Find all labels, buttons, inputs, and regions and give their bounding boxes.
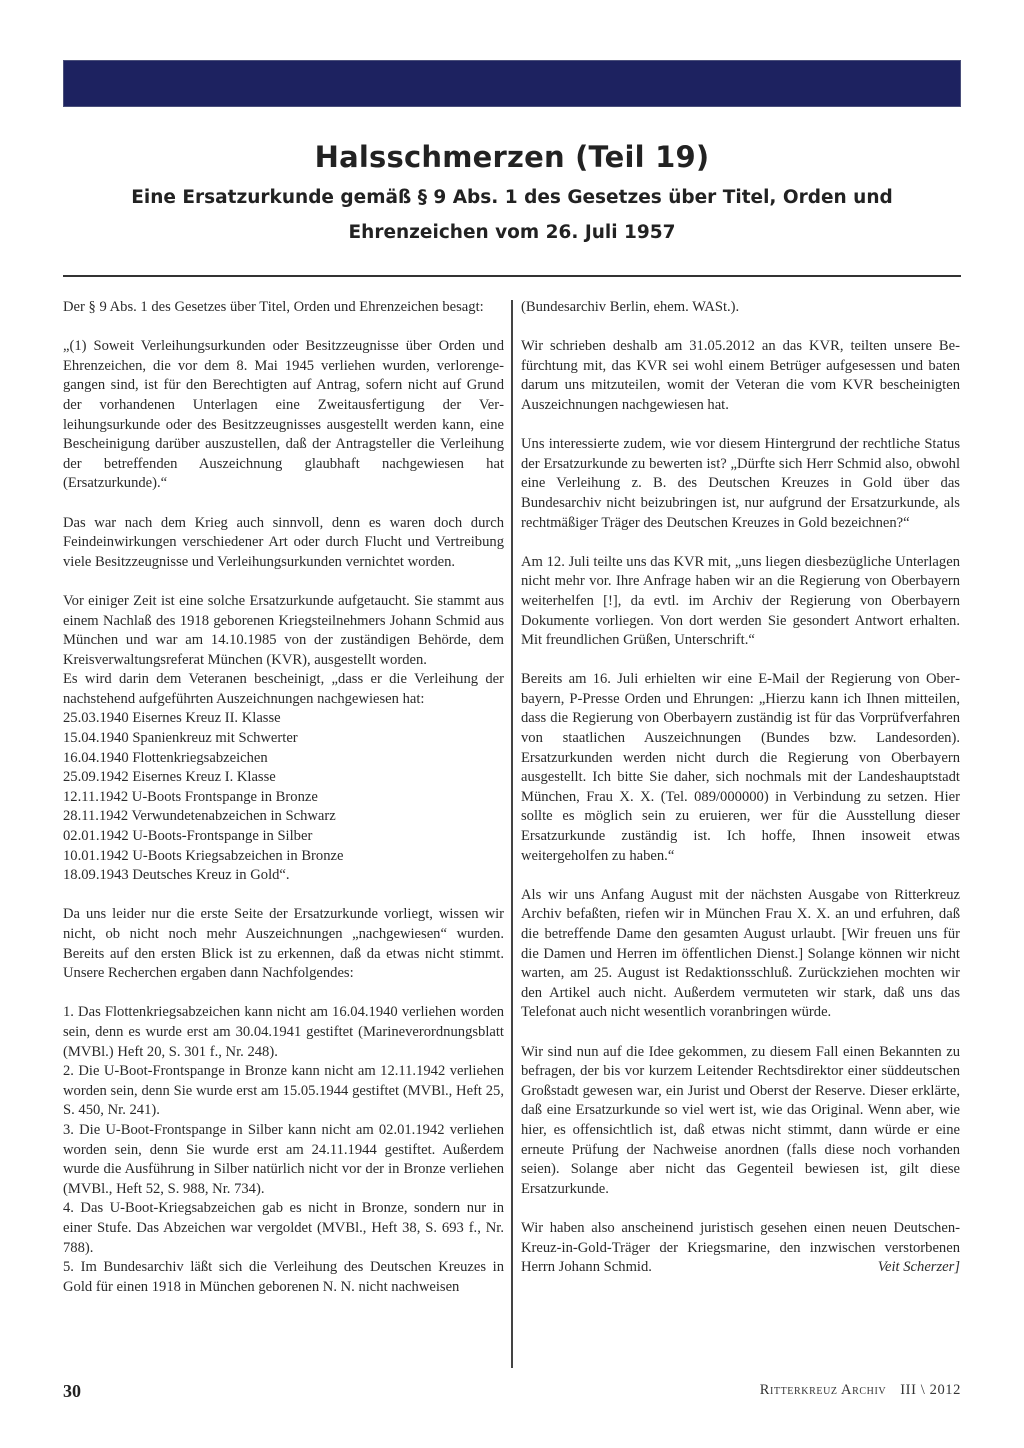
- left-column: Der § 9 Abs. 1 des Gesetzes über Titel, …: [63, 298, 504, 1297]
- header-bar: [63, 60, 961, 107]
- award-item: 15.04.1940 Spanienkreuz mit Schwerter: [63, 729, 504, 749]
- paragraph: Wir sind nun auf die Idee gekommen, zu d…: [521, 1043, 960, 1200]
- award-item: 25.03.1940 Eisernes Kreuz II. Klasse: [63, 709, 504, 729]
- law-quote: „(1) Soweit Verleihungsurkunden oder Bes…: [63, 337, 504, 494]
- award-item: 02.01.1942 U-Boots-Frontspange in Silber: [63, 827, 504, 847]
- publication-name: Ritterkreuz Archiv: [760, 1382, 887, 1398]
- award-item: 12.11.1942 U-Boots Frontspange in Bronze: [63, 788, 504, 808]
- findings-list: 1. Das Flottenkriegsabzeichen kann nicht…: [63, 1003, 504, 1297]
- paragraph: Da uns leider nur die erste Seite der Er…: [63, 905, 504, 983]
- running-footer: Ritterkreuz ArchivIII \ 2012: [760, 1382, 961, 1399]
- award-item: 28.11.1942 Verwundetenabzeichen in Schwa…: [63, 807, 504, 827]
- finding-item: 3. Die U-Boot-Frontspange in Silber kann…: [63, 1121, 504, 1199]
- paragraph: Uns interessierte zudem, wie vor diesem …: [521, 435, 960, 533]
- paragraph: (Bundesarchiv Berlin, ehem. WASt.).: [521, 298, 960, 318]
- paragraph: Vor einiger Zeit ist eine solche Ersatzu…: [63, 592, 504, 670]
- finding-item: 4. Das U-Boot-Kriegsabzeichen gab es nic…: [63, 1199, 504, 1258]
- award-item: 18.09.1943 Deutsches Kreuz in Gold“.: [63, 866, 504, 886]
- award-item: 16.04.1940 Flottenkriegsabzeichen: [63, 749, 504, 769]
- author-signature: Veit Scherzer]: [878, 1258, 960, 1278]
- right-column: (Bundesarchiv Berlin, ehem. WASt.). Wir …: [521, 298, 960, 1278]
- column-divider: [511, 300, 513, 1368]
- finding-item: 2. Die U-Boot-Frontspange in Bronze kann…: [63, 1062, 504, 1121]
- paragraph: Das war nach dem Krieg auch sinnvoll, de…: [63, 514, 504, 573]
- paragraph: Bereits am 16. Juli erhielten wir eine E…: [521, 670, 960, 866]
- paragraph: Der § 9 Abs. 1 des Gesetzes über Titel, …: [63, 298, 504, 318]
- paragraph: Als wir uns Anfang August mit der nächst…: [521, 886, 960, 1023]
- issue-number: III \ 2012: [900, 1382, 961, 1398]
- award-item: 25.09.1942 Eisernes Kreuz I. Klasse: [63, 768, 504, 788]
- finding-item: 5. Im Bundesarchiv läßt sich die Verleih…: [63, 1258, 504, 1297]
- closing-paragraph: Wir haben also anscheinend juristisch ge…: [521, 1219, 960, 1278]
- page-subtitle: Eine Ersatzurkunde gemäß § 9 Abs. 1 des …: [63, 180, 961, 250]
- paragraph: Wir schrieben deshalb am 31.05.2012 an d…: [521, 337, 960, 415]
- finding-item: 1. Das Flottenkriegsabzeichen kann nicht…: [63, 1003, 504, 1062]
- paragraph: Es wird darin dem Veteranen bescheinigt,…: [63, 670, 504, 709]
- page-title: Halsschmerzen (Teil 19): [0, 140, 1024, 174]
- awards-list: 25.03.1940 Eisernes Kreuz II. Klasse 15.…: [63, 709, 504, 885]
- title-rule: [63, 275, 961, 277]
- paragraph: Am 12. Juli teilte uns das KVR mit, „uns…: [521, 553, 960, 651]
- page-number: 30: [63, 1381, 81, 1402]
- award-item: 10.01.1942 U-Boots Kriegsabzeichen in Br…: [63, 847, 504, 867]
